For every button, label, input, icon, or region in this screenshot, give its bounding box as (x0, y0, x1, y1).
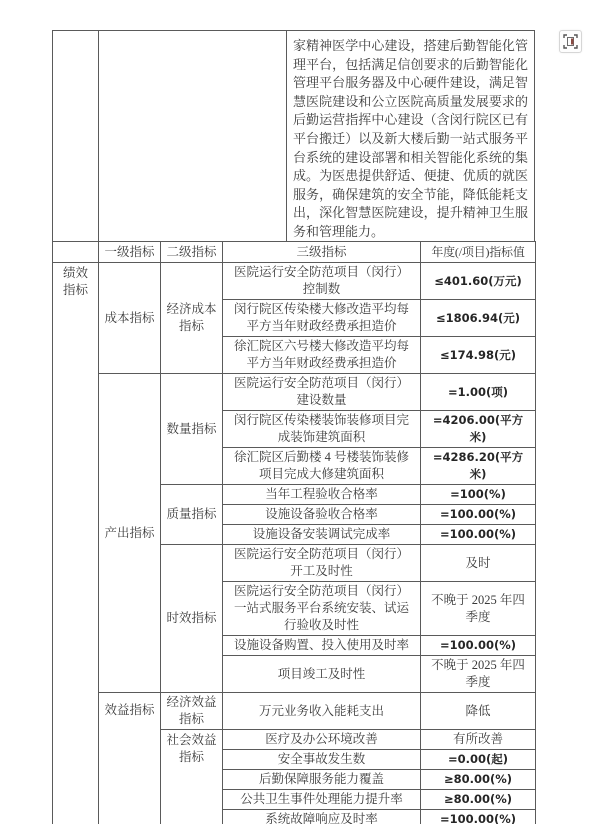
value-cell: ≤1806.94(元) (421, 300, 536, 337)
indicator-cell: 闵行院区传染楼装饰装修项目完成装饰建筑面积 (223, 411, 421, 448)
value-cell: ≥80.00(%) (421, 790, 536, 810)
indicator-cell: 后勤保障服务能力覆盖 (223, 770, 421, 790)
value-cell: =100.00(%) (421, 636, 536, 656)
level2-cell: 质量指标 (161, 485, 223, 545)
table-row: 绩效指标 成本指标 经济成本指标 医院运行安全防范项目（闵行）控制数 ≤401.… (53, 263, 536, 300)
indicator-cell: 医院运行安全防范项目（闵行）一站式服务平台系统安装、试运行验收及时性 (223, 582, 421, 636)
indicator-cell: 设施设备购置、投入使用及时率 (223, 636, 421, 656)
page: { "intro": { "text": "家精神医学中心建设，搭建后勤智能化管… (0, 0, 607, 824)
value-cell: =100.00(%) (421, 505, 536, 525)
indicator-cell: 闵行院区传染楼大修改造平均每平方当年财政经费承担造价 (223, 300, 421, 337)
value-cell: 有所改善 (421, 730, 536, 750)
value-cell: =0.00(起) (421, 750, 536, 770)
table-continuation-row: 家精神医学中心建设，搭建后勤智能化管理平台，包括满足信创要求的后勤智能化管理平台… (52, 30, 535, 242)
value-cell: =4206.00(平方米) (421, 411, 536, 448)
document-page: 家精神医学中心建设，搭建后勤智能化管理平台，包括满足信创要求的后勤智能化管理平台… (52, 30, 535, 824)
row-header-performance: 绩效指标 (53, 263, 99, 824)
indicator-cell: 医院运行安全防范项目（闵行）建设数量 (223, 374, 421, 411)
value-cell: 不晚于 2025 年四季度 (421, 582, 536, 636)
table-row: 产出指标 数量指标 医院运行安全防范项目（闵行）建设数量 =1.00(项) (53, 374, 536, 411)
value-cell: =1.00(项) (421, 374, 536, 411)
level1-cell: 效益指标 (99, 693, 161, 824)
indicator-cell: 医院运行安全防范项目（闵行）开工及时性 (223, 545, 421, 582)
empty-cell (99, 31, 287, 241)
value-cell: =100(%) (421, 485, 536, 505)
value-cell: ≤174.98(元) (421, 337, 536, 374)
screenshot-button[interactable] (559, 30, 582, 53)
indicator-cell: 医疗及办公环境改善 (223, 730, 421, 750)
value-cell: ≤401.60(万元) (421, 263, 536, 300)
table-header-row: 一级指标 二级指标 三级指标 年度(/项目)指标值 (53, 242, 536, 263)
indicator-cell: 系统故障响应及时率 (223, 810, 421, 824)
header-level2: 二级指标 (161, 242, 223, 263)
level1-cell: 产出指标 (99, 374, 161, 693)
value-cell: 不晚于 2025 年四季度 (421, 656, 536, 693)
screenshot-icon (563, 34, 578, 49)
indicator-cell: 安全事故发生数 (223, 750, 421, 770)
performance-indicator-table: 一级指标 二级指标 三级指标 年度(/项目)指标值 绩效指标 成本指标 经济成本… (52, 241, 536, 824)
table-row: 效益指标 经济效益指标 万元业务收入能耗支出 降低 (53, 693, 536, 730)
header-level1: 一级指标 (99, 242, 161, 263)
level2-cell: 社会效益指标 (161, 730, 223, 824)
project-description-paragraph: 家精神医学中心建设，搭建后勤智能化管理平台，包括满足信创要求的后勤智能化管理平台… (287, 31, 534, 241)
level2-cell: 经济成本指标 (161, 263, 223, 374)
level2-cell: 经济效益指标 (161, 693, 223, 730)
indicator-cell: 万元业务收入能耗支出 (223, 693, 421, 730)
indicator-cell: 当年工程验收合格率 (223, 485, 421, 505)
value-cell: 及时 (421, 545, 536, 582)
indicator-cell: 徐汇院区后勤楼 4 号楼装饰装修项目完成大修建筑面积 (223, 448, 421, 485)
value-cell: =100.00(%) (421, 810, 536, 824)
value-cell: =100.00(%) (421, 525, 536, 545)
indicator-cell: 公共卫生事件处理能力提升率 (223, 790, 421, 810)
indicator-cell: 设施设备验收合格率 (223, 505, 421, 525)
indicator-cell: 徐汇院区六号楼大修改造平均每平方当年财政经费承担造价 (223, 337, 421, 374)
indicator-cell: 设施设备安装调试完成率 (223, 525, 421, 545)
corner-cell (53, 242, 99, 263)
value-cell: 降低 (421, 693, 536, 730)
level1-cell: 成本指标 (99, 263, 161, 374)
value-cell: ≥80.00(%) (421, 770, 536, 790)
indicator-cell: 项目竣工及时性 (223, 656, 421, 693)
indicator-cell: 医院运行安全防范项目（闵行）控制数 (223, 263, 421, 300)
level2-cell: 时效指标 (161, 545, 223, 693)
value-cell: =4286.20(平方米) (421, 448, 536, 485)
level2-cell: 数量指标 (161, 374, 223, 485)
header-level3: 三级指标 (223, 242, 421, 263)
header-value: 年度(/项目)指标值 (421, 242, 536, 263)
empty-cell (53, 31, 99, 241)
